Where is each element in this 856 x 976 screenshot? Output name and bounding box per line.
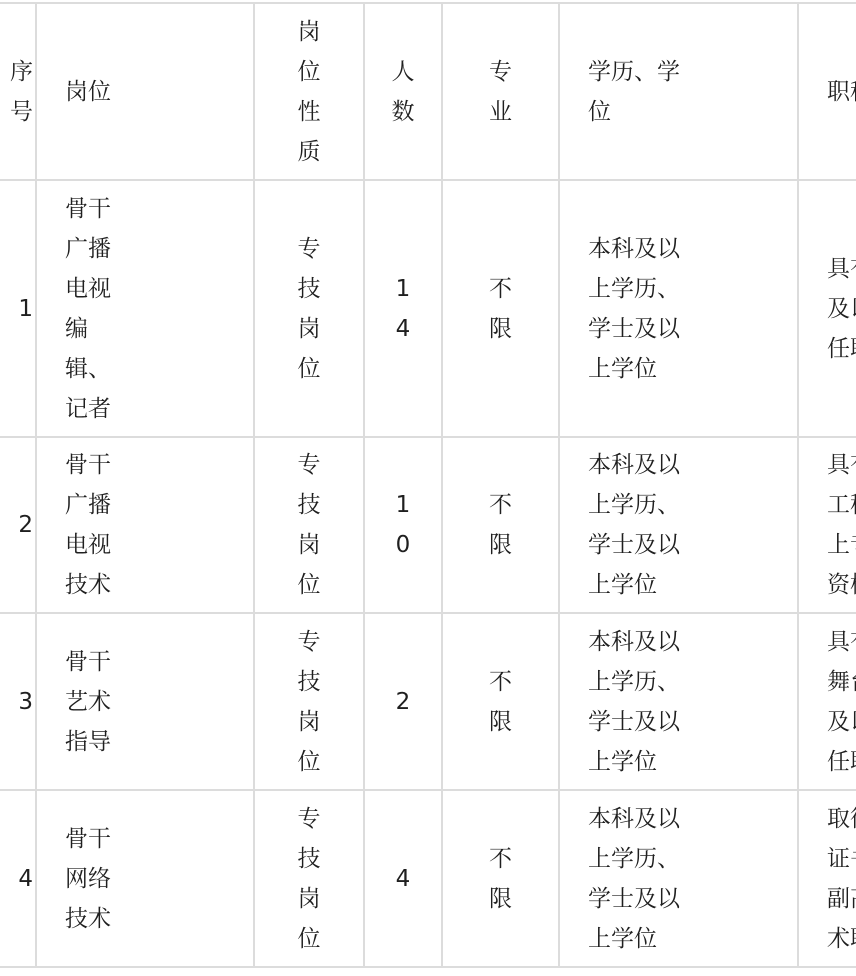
cell-title-requirement-text: 取得计算机软考高级 证书，具备工程系列 副高级及以上专业技 术职务任职资格: [827, 799, 856, 959]
cell-title-requirement: 具有艺术系列导演、 舞台技术专业副高级 及以上专业技术职务 任职资格: [798, 613, 856, 790]
cell-title-requirement-text: 具有新闻系列副高级 及以上专业技术职务 任职资格: [827, 249, 856, 369]
header-nature-label: 岗 位 性 质: [298, 12, 321, 172]
cell-major-text: 不 限: [489, 485, 512, 565]
cell-index: 2: [0, 437, 36, 613]
cell-nature: 专 技 岗 位: [254, 180, 364, 437]
cell-position-text: 骨干 广播 电视 编 辑、 记者: [65, 189, 111, 429]
cell-major: 不 限: [442, 613, 559, 790]
cell-education: 本科及以 上学历、 学士及以 上学位: [559, 790, 798, 967]
cell-index: 1: [0, 180, 36, 437]
cell-count-text: 4: [396, 859, 411, 899]
cell-major: 不 限: [442, 790, 559, 967]
header-position-label: 岗位: [65, 72, 111, 112]
cell-nature-text: 专 技 岗 位: [298, 229, 321, 389]
cell-education: 本科及以 上学历、 学士及以 上学位: [559, 180, 798, 437]
cell-nature: 专 技 岗 位: [254, 613, 364, 790]
cell-count: 1 0: [364, 437, 442, 613]
recruitment-table: 序 号 岗位 岗 位 性 质 人 数 专 业 学历、学 位 职称要求 1 骨干 …: [0, 2, 856, 968]
cell-title-requirement: 具有新闻系列副高级 及以上专业技术职务 任职资格: [798, 180, 856, 437]
cell-count: 4: [364, 790, 442, 967]
header-education: 学历、学 位: [559, 3, 798, 180]
header-position: 岗位: [36, 3, 254, 180]
cell-count-text: 1 0: [396, 485, 411, 565]
cell-position: 骨干 网络 技术: [36, 790, 254, 967]
cell-title-requirement-text: 具有电子类广播电视 工程专业副高级及以 上专业技术职务任职 资格: [827, 445, 856, 605]
cell-index-text: 4: [18, 859, 33, 899]
cell-education: 本科及以 上学历、 学士及以 上学位: [559, 613, 798, 790]
header-index: 序 号: [0, 3, 36, 180]
header-count-label: 人 数: [392, 52, 415, 132]
header-nature: 岗 位 性 质: [254, 3, 364, 180]
cell-count-text: 1 4: [396, 269, 411, 349]
table-row: 4 骨干 网络 技术 专 技 岗 位 4 不 限 本科及以 上学历、 学士及以 …: [0, 790, 856, 967]
table-row: 2 骨干 广播 电视 技术 专 技 岗 位 1 0 不 限 本科及以 上学历、 …: [0, 437, 856, 613]
header-education-label: 学历、学 位: [588, 52, 680, 132]
table-row: 1 骨干 广播 电视 编 辑、 记者 专 技 岗 位 1 4 不 限 本科及以 …: [0, 180, 856, 437]
header-major: 专 业: [442, 3, 559, 180]
cell-index: 4: [0, 790, 36, 967]
header-title-requirement: 职称要求: [798, 3, 856, 180]
cell-major: 不 限: [442, 437, 559, 613]
cell-count: 1 4: [364, 180, 442, 437]
cell-position: 骨干 艺术 指导: [36, 613, 254, 790]
cell-index-text: 3: [18, 682, 33, 722]
cell-position-text: 骨干 艺术 指导: [65, 642, 111, 762]
header-major-label: 专 业: [489, 52, 512, 132]
cell-index-text: 2: [18, 505, 33, 545]
cell-title-requirement: 具有电子类广播电视 工程专业副高级及以 上专业技术职务任职 资格: [798, 437, 856, 613]
cell-nature-text: 专 技 岗 位: [298, 799, 321, 959]
cell-nature-text: 专 技 岗 位: [298, 445, 321, 605]
cell-position-text: 骨干 广播 电视 技术: [65, 445, 111, 605]
cell-education-text: 本科及以 上学历、 学士及以 上学位: [588, 229, 680, 389]
cell-major-text: 不 限: [489, 269, 512, 349]
cell-education-text: 本科及以 上学历、 学士及以 上学位: [588, 445, 680, 605]
cell-position: 骨干 广播 电视 技术: [36, 437, 254, 613]
cell-nature: 专 技 岗 位: [254, 790, 364, 967]
cell-title-requirement: 取得计算机软考高级 证书，具备工程系列 副高级及以上专业技 术职务任职资格: [798, 790, 856, 967]
header-title-requirement-label: 职称要求: [827, 72, 856, 112]
header-index-label: 序 号: [10, 52, 33, 132]
cell-nature-text: 专 技 岗 位: [298, 622, 321, 782]
cell-education-text: 本科及以 上学历、 学士及以 上学位: [588, 799, 680, 959]
cell-count: 2: [364, 613, 442, 790]
header-count: 人 数: [364, 3, 442, 180]
cell-index: 3: [0, 613, 36, 790]
cell-position: 骨干 广播 电视 编 辑、 记者: [36, 180, 254, 437]
recruitment-table-container: 序 号 岗位 岗 位 性 质 人 数 专 业 学历、学 位 职称要求 1 骨干 …: [0, 2, 850, 968]
cell-education: 本科及以 上学历、 学士及以 上学位: [559, 437, 798, 613]
cell-count-text: 2: [396, 682, 411, 722]
cell-index-text: 1: [18, 289, 33, 329]
cell-major-text: 不 限: [489, 839, 512, 919]
table-header-row: 序 号 岗位 岗 位 性 质 人 数 专 业 学历、学 位 职称要求: [0, 3, 856, 180]
cell-major: 不 限: [442, 180, 559, 437]
table-row: 3 骨干 艺术 指导 专 技 岗 位 2 不 限 本科及以 上学历、 学士及以 …: [0, 613, 856, 790]
cell-major-text: 不 限: [489, 662, 512, 742]
cell-education-text: 本科及以 上学历、 学士及以 上学位: [588, 622, 680, 782]
cell-nature: 专 技 岗 位: [254, 437, 364, 613]
cell-title-requirement-text: 具有艺术系列导演、 舞台技术专业副高级 及以上专业技术职务 任职资格: [827, 622, 856, 782]
cell-position-text: 骨干 网络 技术: [65, 819, 111, 939]
